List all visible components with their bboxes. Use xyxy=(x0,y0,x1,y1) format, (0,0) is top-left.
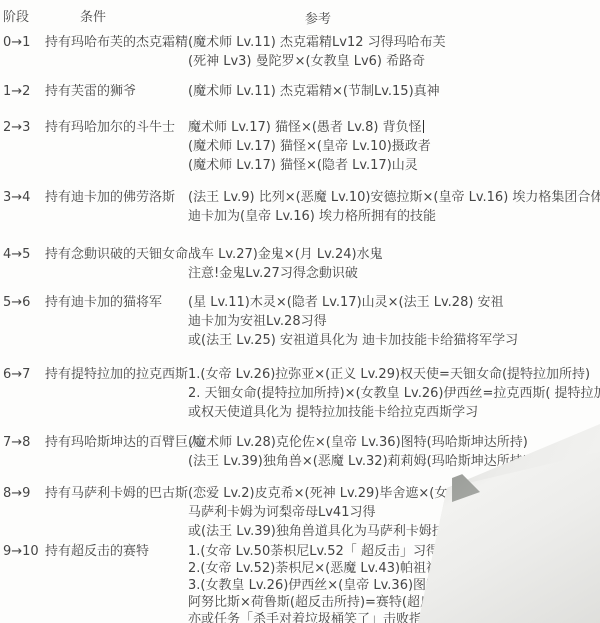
reference-line: 战车 Lv.27)金鬼×(月 Lv.24)水鬼 xyxy=(188,245,600,264)
condition-cell: 持有超反击的赛特 xyxy=(45,543,188,560)
text-cursor xyxy=(423,120,424,133)
reference-line: 1.(女帝 Lv.26)拉弥亚×(正义 Lv.29)权天使=天钿女命(提特拉加所… xyxy=(188,365,600,384)
reference-line: (魔术师 Lv.17) 猫怪×(皇帝 Lv.10)摄政者 xyxy=(188,137,600,156)
reference-line: (星 Lv.11)木灵×(隐者 Lv.17)山灵×(法王 Lv.28) 安祖 xyxy=(188,293,600,312)
table-row: 4→5 持有念動识破的天钿女命 战车 Lv.27)金鬼×(月 Lv.24)水鬼 … xyxy=(3,245,600,283)
stage-cell: 6→7 xyxy=(3,365,45,384)
table-row: 5→6 持有迪卡加的猫将军 (星 Lv.11)木灵×(隐者 Lv.17)山灵×(… xyxy=(3,293,600,350)
condition-cell: 持有玛哈斯坤达的百臂巨人 xyxy=(45,433,188,452)
reference-line: 迪卡加为安祖Lv.28习得 xyxy=(188,312,600,331)
condition-cell: 持有迪卡加的猫将军 xyxy=(45,293,188,312)
reference-line: (魔术师 Lv.11) 杰克霜精×(节制Lv.15)真神 xyxy=(188,82,600,101)
table-row: 3→4 持有迪卡加的佛劳洛斯 (法王 Lv.9) 比列×(恶魔 Lv.10)安德… xyxy=(3,188,600,226)
reference-line: 迪卡加为(皇帝 Lv.16) 埃力格所拥有的技能 xyxy=(188,207,600,226)
stage-cell: 1→2 xyxy=(3,82,45,101)
reference-cell: 1.(女帝 Lv.26)拉弥亚×(正义 Lv.29)权天使=天钿女命(提特拉加所… xyxy=(188,365,600,422)
reference-line: (魔术师 Lv.11) 杰克霜精Lv12 习得玛哈布芙 xyxy=(188,33,600,52)
header-condition-label: 条件 xyxy=(80,10,106,25)
header-stage-label: 阶段 xyxy=(3,10,29,25)
reference-line: (死神 Lv3) 曼陀罗×(女教皇 Lv6) 希路奇 xyxy=(188,52,600,71)
reference-cell: (魔术师 Lv.11) 杰克霜精×(节制Lv.15)真神 xyxy=(188,82,600,101)
condition-cell: 持有芙雷的狮爷 xyxy=(45,82,188,101)
reference-line: (魔术师 Lv.17) 猫怪×(隐者 Lv.17)山灵 xyxy=(188,156,600,175)
header-condition: 条件 xyxy=(45,8,223,27)
reference-line: 2. 天钿女命(提特拉加所持)×(女教皇 Lv.26)伊西丝=拉克西斯( 提特拉… xyxy=(188,384,600,403)
table-header-row: 阶段 条件 参考 xyxy=(3,8,600,27)
header-reference: 参考 xyxy=(223,8,600,27)
torn-page-corner xyxy=(388,415,600,623)
reference-line: 或(法王 Lv.25) 安祖道具化为 迪卡加技能卡给猫将军学习 xyxy=(188,331,600,350)
table-row: 1→2 持有芙雷的狮爷 (魔术师 Lv.11) 杰克霜精×(节制Lv.15)真神 xyxy=(3,82,600,101)
reference-cell: 魔术师 Lv.17) 猫怪×(愚者 Lv.8) 背负怪 (魔术师 Lv.17) … xyxy=(188,118,600,175)
stage-cell: 2→3 xyxy=(3,118,45,137)
stage-cell: 5→6 xyxy=(3,293,45,312)
header-reference-label: 参考 xyxy=(305,12,331,27)
condition-cell: 持有提特拉加的拉克西斯 xyxy=(45,365,188,384)
condition-cell: 持有迪卡加的佛劳洛斯 xyxy=(45,188,188,207)
reference-line-text: 魔术师 Lv.17) 猫怪×(愚者 Lv.8) 背负怪 xyxy=(188,120,422,135)
header-stage: 阶段 xyxy=(3,8,45,27)
reference-line: 注意!金鬼Lv.27习得念動识破 xyxy=(188,264,600,283)
reference-cell: (魔术师 Lv.11) 杰克霜精Lv12 习得玛哈布芙 (死神 Lv3) 曼陀罗… xyxy=(188,33,600,71)
stage-cell: 4→5 xyxy=(3,245,45,264)
reference-line: 魔术师 Lv.17) 猫怪×(愚者 Lv.8) 背负怪 xyxy=(188,118,600,137)
condition-cell: 持有玛哈布芙的杰克霜精 xyxy=(45,33,188,52)
stage-cell: 0→1 xyxy=(3,33,45,52)
reference-cell: (星 Lv.11)木灵×(隐者 Lv.17)山灵×(法王 Lv.28) 安祖 迪… xyxy=(188,293,600,350)
reference-cell: (法王 Lv.9) 比列×(恶魔 Lv.10)安德拉斯×(皇帝 Lv.16) 埃… xyxy=(188,188,600,226)
stage-cell: 9→10 xyxy=(3,543,45,560)
condition-cell: 持有马萨利卡姆的巴古斯 xyxy=(45,484,188,503)
reference-cell: 战车 Lv.27)金鬼×(月 Lv.24)水鬼 注意!金鬼Lv.27习得念動识破 xyxy=(188,245,600,283)
stage-cell: 8→9 xyxy=(3,484,45,503)
condition-cell: 持有念動识破的天钿女命 xyxy=(45,245,188,264)
table-row: 2→3 持有玛哈加尔的斗牛士 魔术师 Lv.17) 猫怪×(愚者 Lv.8) 背… xyxy=(3,118,600,175)
fusion-guide-table: 阶段 条件 参考 0→1 持有玛哈布芙的杰克霜精 (魔术师 Lv.11) 杰克霜… xyxy=(0,0,600,623)
condition-cell: 持有玛哈加尔的斗牛士 xyxy=(45,118,188,137)
table-row: 0→1 持有玛哈布芙的杰克霜精 (魔术师 Lv.11) 杰克霜精Lv12 习得玛… xyxy=(3,33,600,71)
table-row: 6→7 持有提特拉加的拉克西斯 1.(女帝 Lv.26)拉弥亚×(正义 Lv.2… xyxy=(3,365,600,422)
stage-cell: 3→4 xyxy=(3,188,45,207)
stage-cell: 7→8 xyxy=(3,433,45,452)
reference-line: (法王 Lv.9) 比列×(恶魔 Lv.10)安德拉斯×(皇帝 Lv.16) 埃… xyxy=(188,188,600,207)
